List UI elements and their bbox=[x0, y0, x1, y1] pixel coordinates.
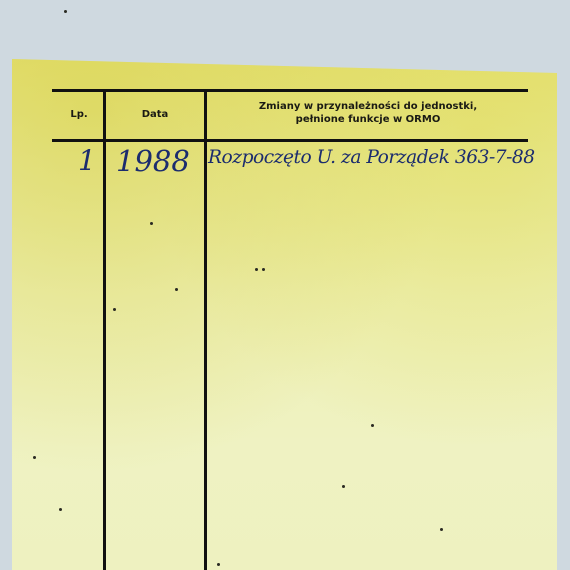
table-top-rule bbox=[52, 89, 528, 92]
row-number: 1 bbox=[78, 144, 96, 177]
scan-speck bbox=[175, 288, 178, 291]
row-changes: Rozpoczęto U. za Porządek 363-7-88 bbox=[208, 146, 535, 168]
header-changes-line2: pełnione funkcje w ORMO bbox=[208, 113, 528, 126]
header-changes: Zmiany w przynależności do jednostki, pe… bbox=[208, 100, 528, 126]
table-header-rule bbox=[52, 139, 528, 142]
scan-speck bbox=[440, 528, 443, 531]
scan-speck bbox=[342, 485, 345, 488]
column-divider-number-date bbox=[103, 89, 106, 570]
paper-sheet bbox=[12, 56, 557, 570]
scan-speck bbox=[371, 424, 374, 427]
scan-speck bbox=[262, 268, 265, 271]
row-date: 1988 bbox=[116, 144, 190, 178]
scan-speck bbox=[64, 10, 67, 13]
scan-speck bbox=[150, 222, 153, 225]
column-divider-date-changes bbox=[204, 89, 207, 570]
scan-speck bbox=[33, 456, 36, 459]
scan-speck bbox=[113, 308, 116, 311]
header-changes-line1: Zmiany w przynależności do jednostki, bbox=[208, 100, 528, 113]
scanned-page: Lp. Data Zmiany w przynależności do jedn… bbox=[0, 0, 570, 570]
header-number: Lp. bbox=[56, 108, 102, 121]
scan-speck bbox=[217, 563, 220, 566]
header-date: Data bbox=[107, 108, 203, 121]
scan-speck bbox=[255, 268, 258, 271]
scan-speck bbox=[59, 508, 62, 511]
